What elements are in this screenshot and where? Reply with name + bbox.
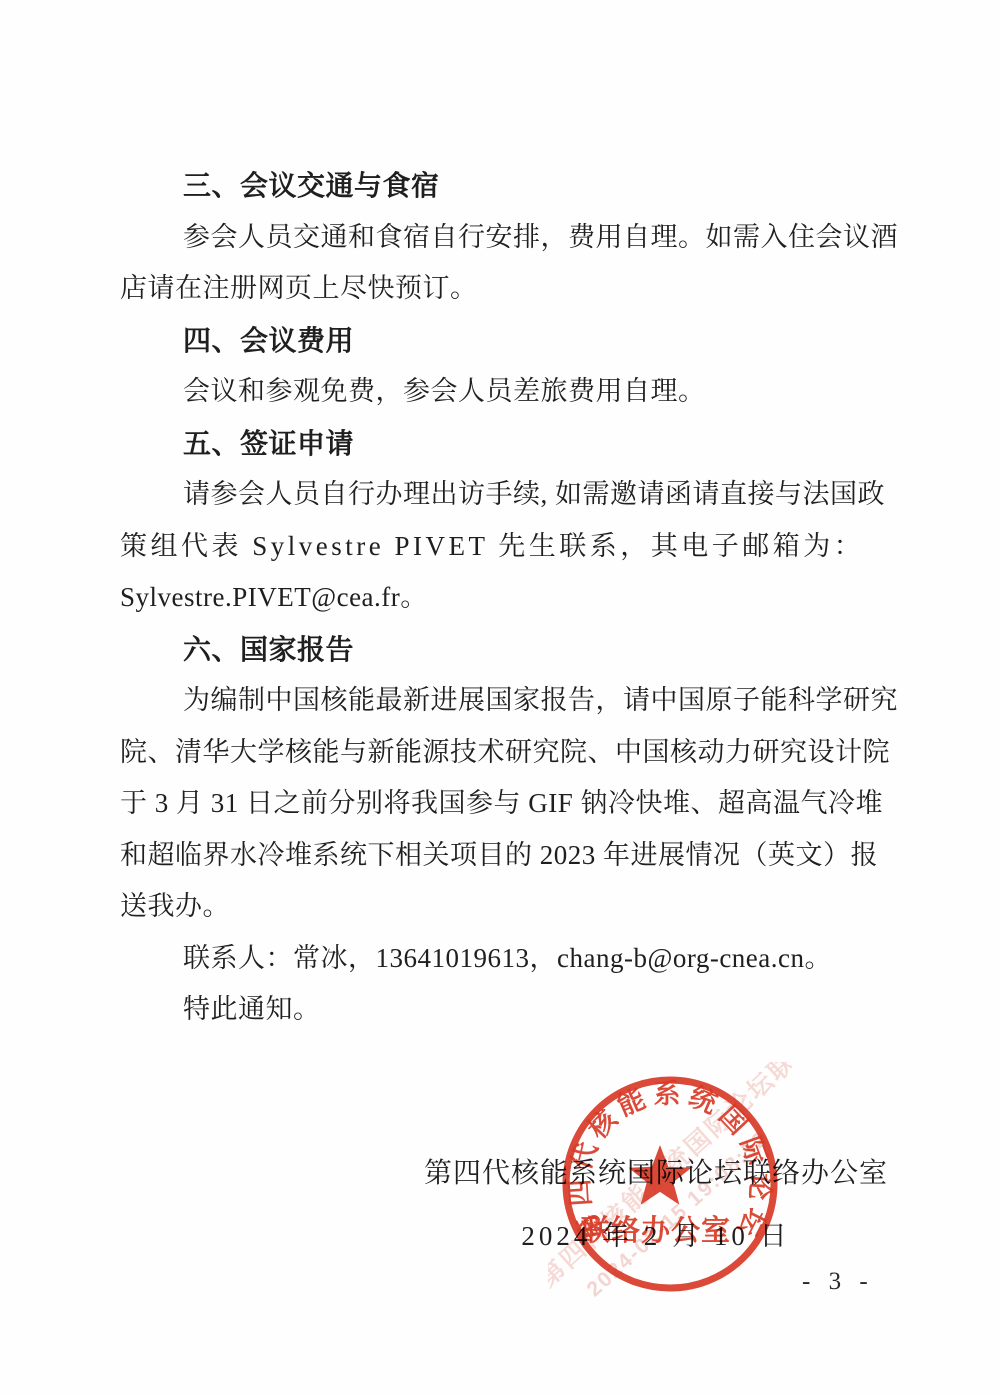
section-heading-national-report: 六、国家报告 [120,624,890,676]
document-page: 三、会议交通与食宿 参会人员交通和食宿自行安排，费用自理。如需入住会议酒 店请在… [0,0,1000,1395]
signature-block: 第四代核能系统国际论坛联络办公室 2024 年 2 月 10 日 [424,1152,888,1258]
section-heading-transport: 三、会议交通与食宿 [120,160,890,212]
paragraph-line: 参会人员交通和食宿自行安排，费用自理。如需入住会议酒 [120,212,890,264]
notice-line: 特此通知。 [120,984,890,1036]
paragraph-line: 会议和参观免费，参会人员差旅费用自理。 [120,366,890,418]
paragraph-line: 策组代表 Sylvestre PIVET 先生联系，其电子邮箱为： [120,521,890,573]
paragraph-line: 送我办。 [120,881,890,933]
section-heading-visa: 五、签证申请 [120,418,890,470]
contact-line: 联系人：常冰，13641019613，chang-b@org-cnea.cn。 [120,933,890,985]
section-heading-fees: 四、会议费用 [120,315,890,367]
signature-organization: 第四代核能系统国际论坛联络办公室 [424,1152,888,1196]
paragraph-line: 为编制中国核能最新进展国家报告，请中国原子能科学研究 [120,675,890,727]
paragraph-line: 于 3 月 31 日之前分别将我国参与 GIF 钠冷快堆、超高温气冷堆 [120,778,890,830]
page-number: - 3 - [802,1268,870,1296]
signature-date: 2024 年 2 月 10 日 [424,1214,888,1258]
paragraph-line: 店请在注册网页上尽快预订。 [120,263,890,315]
paragraph-line: 和超临界水冷堆系统下相关项目的 2023 年进展情况（英文）报 [120,830,890,882]
email-line: Sylvestre.PIVET@cea.fr。 [120,572,890,624]
document-body: 三、会议交通与食宿 参会人员交通和食宿自行安排，费用自理。如需入住会议酒 店请在… [120,160,890,1036]
paragraph-line: 请参会人员自行办理出访手续, 如需邀请函请直接与法国政 [120,469,890,521]
paragraph-line: 院、清华大学核能与新能源技术研究院、中国核动力研究设计院 [120,727,890,779]
